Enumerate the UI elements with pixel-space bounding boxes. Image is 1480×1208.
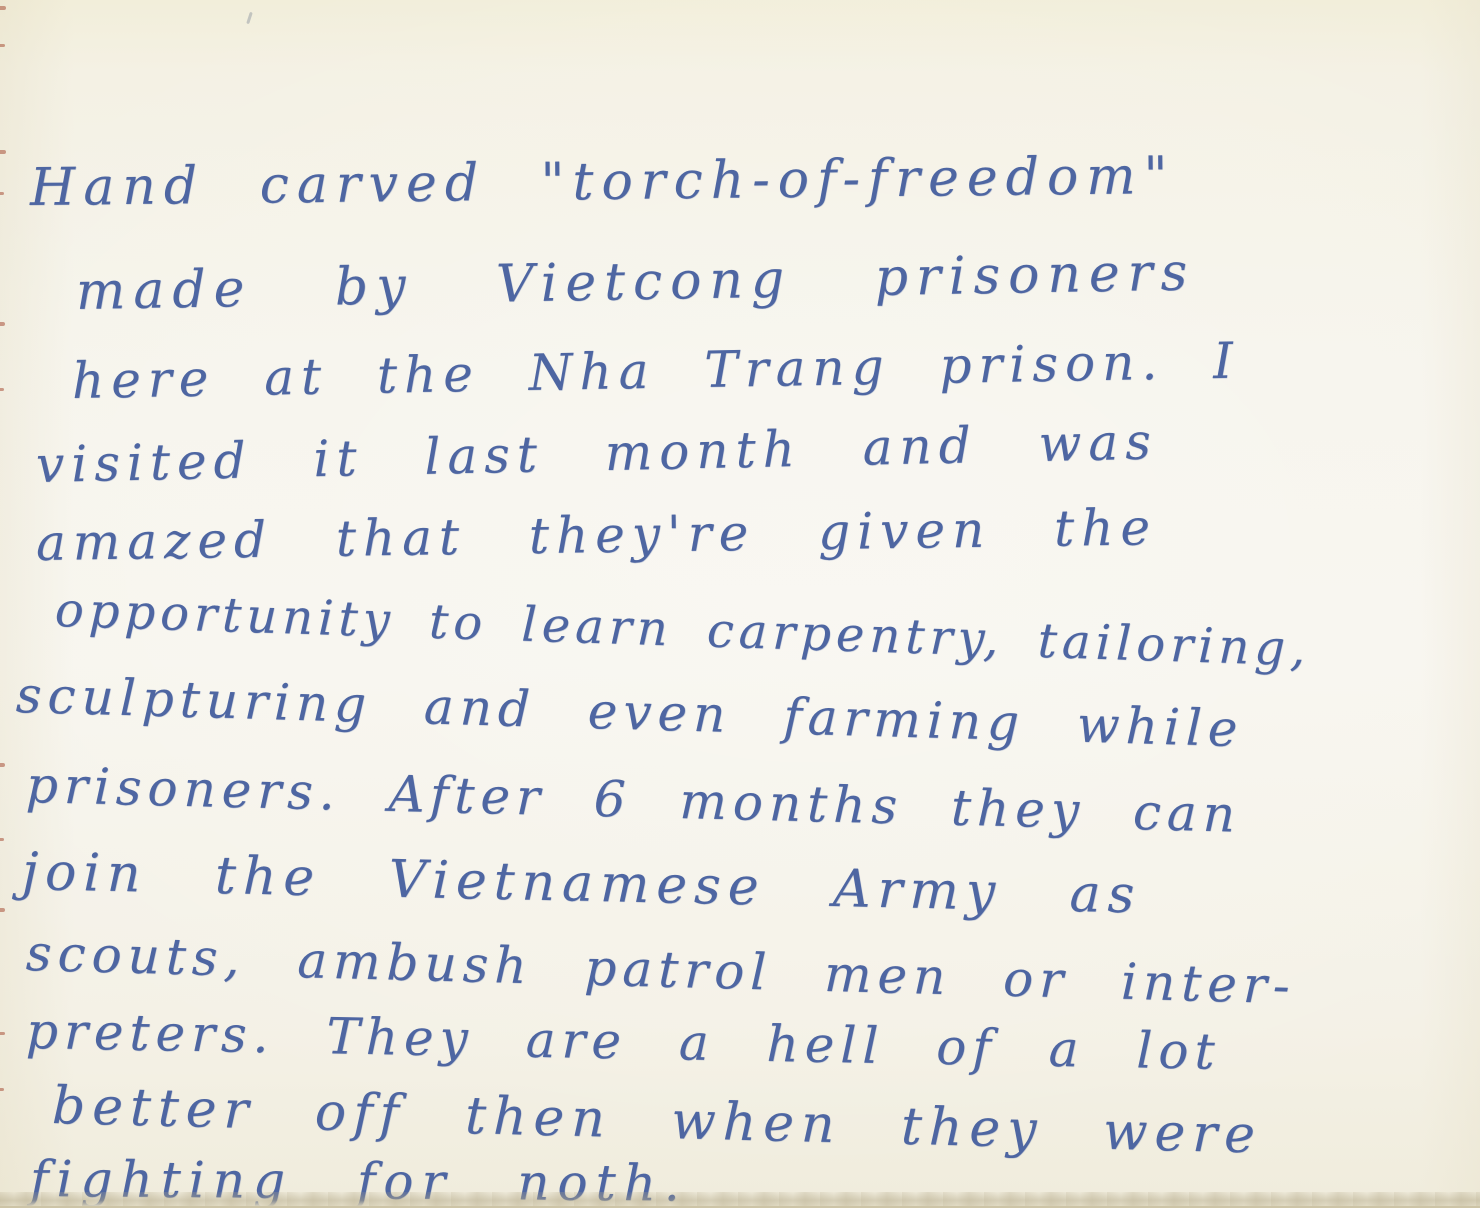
paper-edge-mark xyxy=(0,6,6,10)
paper-edge-mark xyxy=(0,150,6,154)
paper-edge-mark xyxy=(0,838,4,841)
paper-edge-mark xyxy=(0,388,4,391)
handwritten-line: prisoners. After 6 months they can xyxy=(25,756,1241,844)
paper-edge-mark xyxy=(0,1088,4,1091)
handwritten-line: visited it last month and was xyxy=(35,413,1158,494)
handwritten-line: amazed that they're given the xyxy=(36,498,1158,572)
paper-edge-mark xyxy=(0,1032,5,1035)
handwritten-line: preters. They are a hell of a lot xyxy=(25,1002,1221,1081)
handwritten-line: sculpturing and even farming while xyxy=(15,666,1244,758)
paper-edge-mark xyxy=(0,44,5,47)
handwritten-line: scouts, ambush patrol men or inter- xyxy=(25,924,1296,1015)
paper-edge-mark xyxy=(0,908,5,912)
handwritten-line: opportunity to learn carpentry, tailorin… xyxy=(54,582,1311,677)
letter-page: Hand carved "torch-of-freedom" made by V… xyxy=(0,0,1480,1208)
stray-pen-tick xyxy=(246,12,253,24)
paper-bottom-edge xyxy=(0,1192,1480,1208)
handwritten-line: here at the Nha Trang prison. I xyxy=(71,332,1240,410)
paper-edge-mark xyxy=(0,322,5,326)
handwritten-line: Hand carved "torch-of-freedom" xyxy=(30,146,1176,218)
paper-edge-mark xyxy=(0,192,4,195)
handwritten-line: join the Vietnamese Army as xyxy=(21,842,1142,925)
handwritten-line: made by Vietcong prisoners xyxy=(75,242,1195,322)
paper-edge-mark xyxy=(0,763,5,767)
